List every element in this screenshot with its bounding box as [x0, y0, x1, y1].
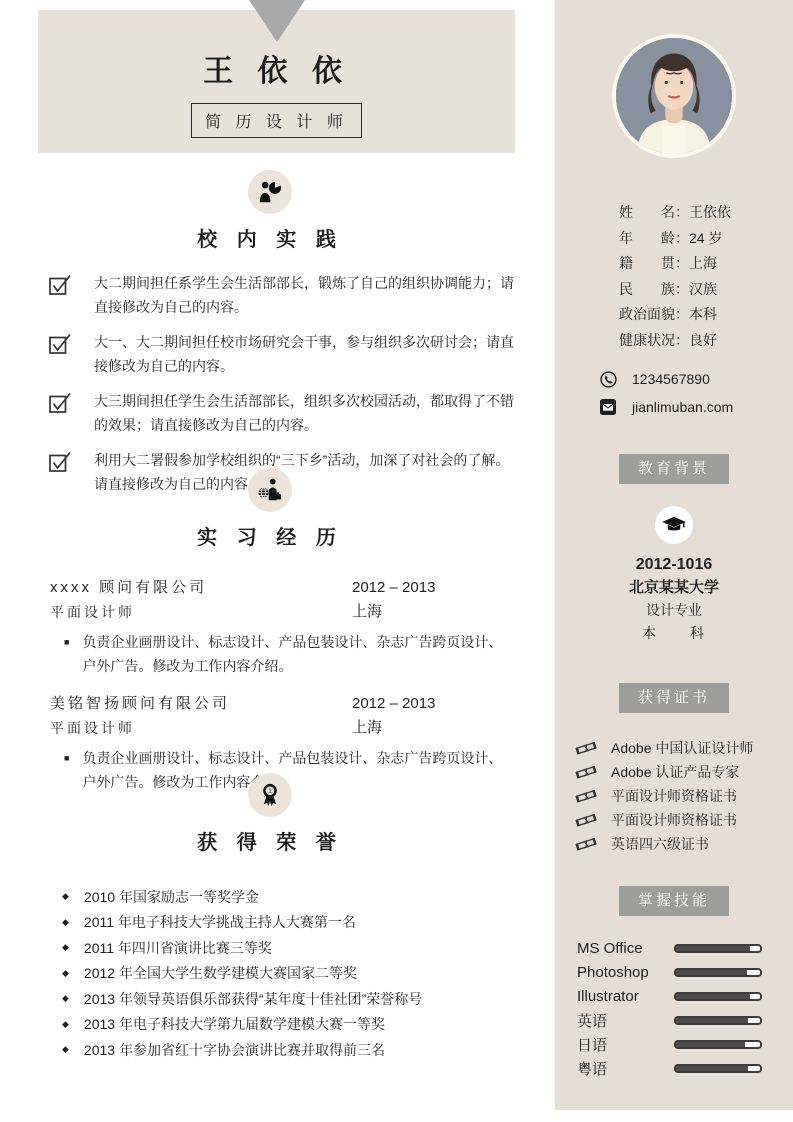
skill-bar-fill	[676, 994, 750, 999]
list-item: Adobe 中国认证设计师	[575, 736, 793, 760]
list-item: 大二期间担任系学生会生活部部长，锻炼了自己的组织协调能力；请直接修改为自己的内容…	[48, 271, 540, 319]
diploma-icon	[575, 740, 597, 756]
profile-row-health: 健康状况：良好	[619, 328, 793, 354]
skill-name: Illustrator	[577, 988, 674, 1005]
person-pie-chart-icon	[248, 170, 292, 214]
diamond-bullet: ◆	[62, 1044, 69, 1055]
checkbox-icon	[48, 274, 74, 319]
skill-row: Illustrator	[577, 984, 762, 1008]
skill-bar	[674, 968, 762, 977]
profile-row-name: 姓 名：王依依	[619, 200, 793, 226]
job-title: 简 历 设 计 师	[205, 114, 348, 131]
company-name: 美铭智扬顾问有限公司	[50, 692, 352, 716]
diamond-bullet: ◆	[62, 917, 69, 928]
entry-location: 上海	[352, 716, 512, 740]
list-item: ◆2010 年国家励志一等奖学金	[0, 884, 540, 910]
section-title-internship: 实 习 经 历	[0, 521, 540, 550]
honor-text: 2010 年国家励志一等奖学金	[84, 887, 259, 907]
list-item: Adobe 认证产品专家	[575, 760, 793, 784]
section-title-honors: 获 得 荣 誉	[0, 826, 540, 855]
education-degree: 本 科	[555, 622, 793, 645]
skill-list: MS Office Photoshop Illustrator 英语 日语 粤语	[555, 936, 793, 1080]
skill-bar	[674, 1016, 762, 1025]
honor-text: 2012 年全国大学生数学建模大赛国家二等奖	[84, 963, 357, 983]
certificate-text: Adobe 中国认证设计师	[611, 738, 753, 758]
job-title-box: 简 历 设 计 师	[191, 103, 362, 138]
checklist-text: 大一、大二期间担任校市场研究会干事，参与组织多次研讨会；请直接修改为自己的内容。	[94, 330, 520, 378]
skill-name: 粤语	[577, 1058, 674, 1079]
contact-block: 1234567890 jianlimuban.com	[599, 365, 793, 421]
education-header: 教育背景	[619, 454, 729, 484]
skill-bar	[674, 992, 762, 1001]
diploma-icon	[575, 764, 597, 780]
certificate-text: Adobe 认证产品专家	[611, 762, 739, 782]
skills-header: 掌握技能	[619, 886, 729, 916]
diploma-icon	[575, 836, 597, 852]
skill-bar-fill	[676, 1018, 748, 1023]
checkbox-icon	[48, 333, 74, 378]
email-row: jianlimuban.com	[599, 393, 793, 421]
honor-list: ◆2010 年国家励志一等奖学金 ◆2011 年电子科技大学挑战主持人大赛第一名…	[0, 884, 540, 1063]
resume-page: 王 依 依 简 历 设 计 师 校 内 实 践	[0, 0, 793, 1122]
medal-icon: 1	[248, 773, 292, 817]
section-campus-practice: 校 内 实 践 大二期间担任系学生会生活部部长，锻炼了自己的组织协调能力；请直接…	[0, 170, 540, 507]
list-item: 平面设计师资格证书	[575, 784, 793, 808]
mail-icon	[599, 398, 617, 416]
profile-row-ethnicity: 民 族：汉族	[619, 277, 793, 303]
avatar	[612, 34, 736, 158]
main-column: 王 依 依 简 历 设 计 师 校 内 实 践	[0, 0, 540, 1122]
campus-checklist: 大二期间担任系学生会生活部部长，锻炼了自己的组织协调能力；请直接修改为自己的内容…	[0, 271, 540, 496]
honor-text: 2013 年参加省红十字协会演讲比赛并取得前三名	[84, 1040, 385, 1060]
businessman-globe-icon	[248, 468, 292, 512]
skill-bar-fill	[676, 970, 747, 975]
candidate-name: 王 依 依	[38, 46, 515, 90]
certificates-header: 获得证书	[619, 683, 729, 713]
company-name: xxxx 顾问有限公司	[50, 576, 352, 600]
entry-role: 平面设计师	[50, 600, 352, 624]
internship-entry: xxxx 顾问有限公司 2012 – 2013 平面设计师 上海 ■ 负责企业画…	[50, 576, 512, 678]
diamond-bullet: ◆	[62, 968, 69, 979]
skill-bar	[674, 944, 762, 953]
skill-bar	[674, 1040, 762, 1049]
sidebar: 姓 名：王依依 年 龄：24 岁 籍 贯：上海 民 族：汉族 政治面貌：本科 健…	[555, 0, 793, 1110]
education-block: 2012-1016 北京某某大学 设计专业 本 科	[555, 506, 793, 645]
honor-text: 2011 年四川省演讲比赛三等奖	[84, 938, 272, 958]
list-item: 大一、大二期间担任校市场研究会干事，参与组织多次研讨会；请直接修改为自己的内容。	[48, 330, 540, 378]
list-item: ◆2013 年参加省红十字协会演讲比赛并取得前三名	[0, 1037, 540, 1063]
list-item: ◆2012 年全国大学生数学建模大赛国家二等奖	[0, 961, 540, 987]
education-major: 设计专业	[555, 599, 793, 622]
skill-bar	[674, 1064, 762, 1073]
skill-row: 粤语	[577, 1056, 762, 1080]
email-address: jianlimuban.com	[632, 399, 733, 415]
list-item: ◆2013 年电子科技大学第九届数学建模大赛一等奖	[0, 1012, 540, 1038]
skill-name: MS Office	[577, 940, 674, 957]
phone-row: 1234567890	[599, 365, 793, 393]
diploma-icon	[575, 788, 597, 804]
section-internship: 实 习 经 历 xxxx 顾问有限公司 2012 – 2013 平面设计师 上海…	[0, 468, 540, 808]
entry-role: 平面设计师	[50, 716, 352, 740]
profile-info-list: 姓 名：王依依 年 龄：24 岁 籍 贯：上海 民 族：汉族 政治面貌：本科 健…	[619, 200, 793, 353]
internship-entries: xxxx 顾问有限公司 2012 – 2013 平面设计师 上海 ■ 负责企业画…	[0, 576, 540, 794]
education-period: 2012-1016	[555, 553, 793, 576]
skill-name: 英语	[577, 1010, 674, 1031]
list-item: ◆2011 年电子科技大学挑战主持人大赛第一名	[0, 910, 540, 936]
entry-date: 2012 – 2013	[352, 692, 512, 716]
education-school: 北京某某大学	[555, 576, 793, 599]
skill-bar-fill	[676, 1042, 745, 1047]
honor-text: 2011 年电子科技大学挑战主持人大赛第一名	[84, 912, 356, 932]
certificate-text: 平面设计师资格证书	[611, 786, 737, 806]
ribbon-triangle	[249, 0, 305, 42]
skill-name: Photoshop	[577, 964, 674, 981]
graduation-cap-icon	[655, 506, 693, 544]
svg-text:1: 1	[268, 788, 272, 795]
honor-text: 2013 年电子科技大学第九届数学建模大赛一等奖	[84, 1014, 385, 1034]
checkbox-icon	[48, 392, 74, 437]
diploma-icon	[575, 812, 597, 828]
skill-row: 日语	[577, 1032, 762, 1056]
skill-name: 日语	[577, 1034, 674, 1055]
skill-row: Photoshop	[577, 960, 762, 984]
certificate-list: Adobe 中国认证设计师 Adobe 认证产品专家	[555, 736, 793, 856]
profile-row-age: 年 龄：24 岁	[619, 226, 793, 252]
diamond-bullet: ◆	[62, 891, 69, 902]
certificate-text: 平面设计师资格证书	[611, 810, 737, 830]
list-item: 大三期间担任学生会生活部部长，组织多次校园活动，都取得了不错的效果；请直接修改为…	[48, 389, 540, 437]
diamond-bullet: ◆	[62, 942, 69, 953]
diamond-bullet: ◆	[62, 993, 69, 1004]
list-item: 平面设计师资格证书	[575, 808, 793, 832]
profile-row-political: 政治面貌：本科	[619, 302, 793, 328]
entry-description: 负责企业画册设计、标志设计、产品包装设计、杂志广告跨页设计、户外广告。修改为工作…	[82, 630, 512, 678]
square-bullet: ■	[64, 630, 69, 678]
checklist-text: 大三期间担任学生会生活部部长，组织多次校园活动，都取得了不错的效果；请直接修改为…	[94, 389, 520, 437]
skill-bar-fill	[676, 1066, 748, 1071]
list-item: ◆2013 年领导英语俱乐部获得“某年度十佳社团”荣誉称号	[0, 986, 540, 1012]
profile-row-hometown: 籍 贯：上海	[619, 251, 793, 277]
entry-date: 2012 – 2013	[352, 576, 512, 600]
section-title-campus: 校 内 实 践	[0, 223, 540, 252]
phone-number: 1234567890	[632, 371, 710, 387]
phone-icon	[599, 370, 617, 388]
diamond-bullet: ◆	[62, 1019, 69, 1030]
certificate-text: 英语四六级证书	[611, 834, 709, 854]
checklist-text: 大二期间担任系学生会生活部部长，锻炼了自己的组织协调能力；请直接修改为自己的内容…	[94, 271, 520, 319]
section-honors: 1 获 得 荣 誉 ◆2010 年国家励志一等奖学金 ◆2011 年电子科技大学…	[0, 773, 540, 1063]
skill-bar-fill	[676, 946, 750, 951]
honor-text: 2013 年领导英语俱乐部获得“某年度十佳社团”荣誉称号	[84, 989, 422, 1009]
entry-location: 上海	[352, 600, 512, 624]
skill-row: 英语	[577, 1008, 762, 1032]
list-item: 英语四六级证书	[575, 832, 793, 856]
skill-row: MS Office	[577, 936, 762, 960]
list-item: ◆2011 年四川省演讲比赛三等奖	[0, 935, 540, 961]
